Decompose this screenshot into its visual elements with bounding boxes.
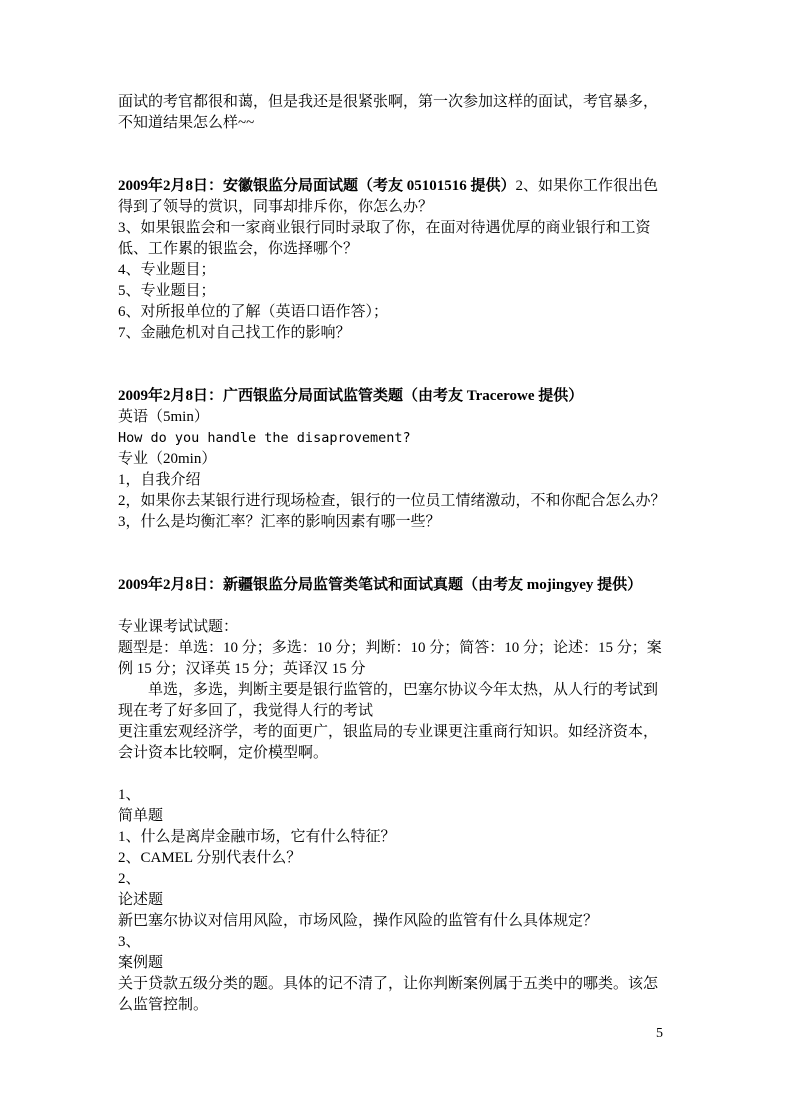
text-run: 2，如果你去某银行进行现场检查，银行的一位员工情绪激动，不和你配合怎么办？	[118, 493, 666, 509]
text-run: 关于贷款五级分类的题。具体的记不清了，让你判断案例属于五类中的哪类。该怎么监管控…	[118, 976, 658, 1013]
text-run: 4、专业题目；	[118, 262, 216, 278]
text-run: 面试的考官都很和蔼，但是我还是很紧张啊，第一次参加这样的面试，考官暴多，不知道结…	[118, 94, 658, 131]
paragraph: 1、什么是离岸金融市场，它有什么特征？	[118, 827, 670, 848]
text-run: 7、金融危机对自己找工作的影响？	[118, 325, 351, 341]
text-run: 2、CAMEL 分别代表什么？	[118, 850, 301, 866]
paragraph: How do you handle the disaprovement?	[118, 428, 670, 449]
paragraph: 3、如果银监会和一家商业银行同时录取了你，在面对待遇优厚的商业银行和工资低、工作…	[118, 218, 670, 260]
text-run: 3、	[118, 934, 141, 950]
text-run: 5、专业题目；	[118, 283, 216, 299]
text-run: 专业（20min）	[118, 451, 216, 467]
paragraph: 3，什么是均衡汇率？汇率的影响因素有哪一些？	[118, 512, 670, 533]
paragraph: 简单题	[118, 806, 670, 827]
paragraph: 单选，多选，判断主要是银行监管的，巴塞尔协议今年太热，从人行的考试到现在考了好多…	[118, 680, 670, 722]
section-heading-paragraph: 2009年2月8日：新疆银监分局监管类笔试和面试真题（由考友 mojingyey…	[118, 575, 670, 596]
text-run: 专业课考试试题：	[118, 619, 238, 635]
paragraph: 1，自我介绍	[118, 470, 670, 491]
paragraph: 2、CAMEL 分别代表什么？	[118, 848, 670, 869]
heading-text-run: 2009年2月8日：新疆银监分局监管类笔试和面试真题（由考友 mojingyey…	[118, 577, 642, 593]
paragraph: 面试的考官都很和蔼，但是我还是很紧张啊，第一次参加这样的面试，考官暴多，不知道结…	[118, 92, 670, 134]
text-run: 1，自我介绍	[118, 472, 201, 488]
text-run: 案例题	[118, 955, 163, 971]
text-run: 3、如果银监会和一家商业银行同时录取了你，在面对待遇优厚的商业银行和工资低、工作…	[118, 220, 651, 257]
paragraph: 4、专业题目；	[118, 260, 670, 281]
text-run: 题型是：单选：10 分；多选：10 分；判断：10 分；简答：10 分；论述：1…	[118, 640, 662, 677]
paragraph: 7、金融危机对自己找工作的影响？	[118, 323, 670, 344]
document-body: 面试的考官都很和蔼，但是我还是很紧张啊，第一次参加这样的面试，考官暴多，不知道结…	[118, 92, 670, 1016]
paragraph-gap	[118, 764, 670, 785]
paragraph-gap	[118, 533, 670, 575]
paragraph: 专业课考试试题：	[118, 617, 670, 638]
paragraph: 关于贷款五级分类的题。具体的记不清了，让你判断案例属于五类中的哪类。该怎么监管控…	[118, 974, 670, 1016]
text-run: 更注重宏观经济学，考的面更广，银监局的专业课更注重商行知识。如经济资本，会计资本…	[118, 724, 658, 761]
paragraph: 更注重宏观经济学，考的面更广，银监局的专业课更注重商行知识。如经济资本，会计资本…	[118, 722, 670, 764]
english-text-run: How do you handle the disaprovement?	[118, 430, 411, 446]
text-run: 新巴塞尔协议对信用风险，市场风险，操作风险的监管有什么具体规定？	[118, 913, 598, 929]
paragraph: 1、	[118, 785, 670, 806]
document-page: 面试的考官都很和蔼，但是我还是很紧张啊，第一次参加这样的面试，考官暴多，不知道结…	[0, 0, 786, 1111]
section-heading-paragraph: 2009年2月8日：广西银监分局面试监管类题（由考友 Tracerowe 提供）	[118, 386, 670, 407]
paragraph-gap	[118, 596, 670, 617]
text-run: 3，什么是均衡汇率？汇率的影响因素有哪一些？	[118, 514, 441, 530]
text-run: 英语（5min）	[118, 409, 209, 425]
paragraph: 2，如果你去某银行进行现场检查，银行的一位员工情绪激动，不和你配合怎么办？	[118, 491, 670, 512]
paragraph: 3、	[118, 932, 670, 953]
paragraph: 2、	[118, 869, 670, 890]
paragraph: 6、对所报单位的了解（英语口语作答）；	[118, 302, 670, 323]
paragraph-gap	[118, 344, 670, 386]
text-run: 单选，多选，判断主要是银行监管的，巴塞尔协议今年太热，从人行的考试到现在考了好多…	[118, 682, 658, 719]
text-run: 论述题	[118, 892, 163, 908]
text-run: 1、什么是离岸金融市场，它有什么特征？	[118, 829, 396, 845]
text-run: 1、	[118, 787, 141, 803]
heading-text-run: 2009年2月8日：广西银监分局面试监管类题（由考友 Tracerowe 提供）	[118, 388, 583, 404]
text-run: 简单题	[118, 808, 163, 824]
paragraph: 论述题	[118, 890, 670, 911]
paragraph: 题型是：单选：10 分；多选：10 分；判断：10 分；简答：10 分；论述：1…	[118, 638, 670, 680]
section-heading-paragraph: 2009年2月8日：安徽银监分局面试题（考友 05101516 提供）2、如果你…	[118, 176, 670, 218]
paragraph: 专业（20min）	[118, 449, 670, 470]
paragraph: 英语（5min）	[118, 407, 670, 428]
paragraph-gap	[118, 134, 670, 176]
page-number: 5	[656, 1025, 663, 1043]
text-run: 2、	[118, 871, 141, 887]
paragraph: 案例题	[118, 953, 670, 974]
paragraph: 新巴塞尔协议对信用风险，市场风险，操作风险的监管有什么具体规定？	[118, 911, 670, 932]
paragraph: 5、专业题目；	[118, 281, 670, 302]
heading-text-run: 2009年2月8日：安徽银监分局面试题（考友 05101516 提供）	[118, 178, 516, 194]
text-run: 6、对所报单位的了解（英语口语作答）；	[118, 304, 388, 320]
